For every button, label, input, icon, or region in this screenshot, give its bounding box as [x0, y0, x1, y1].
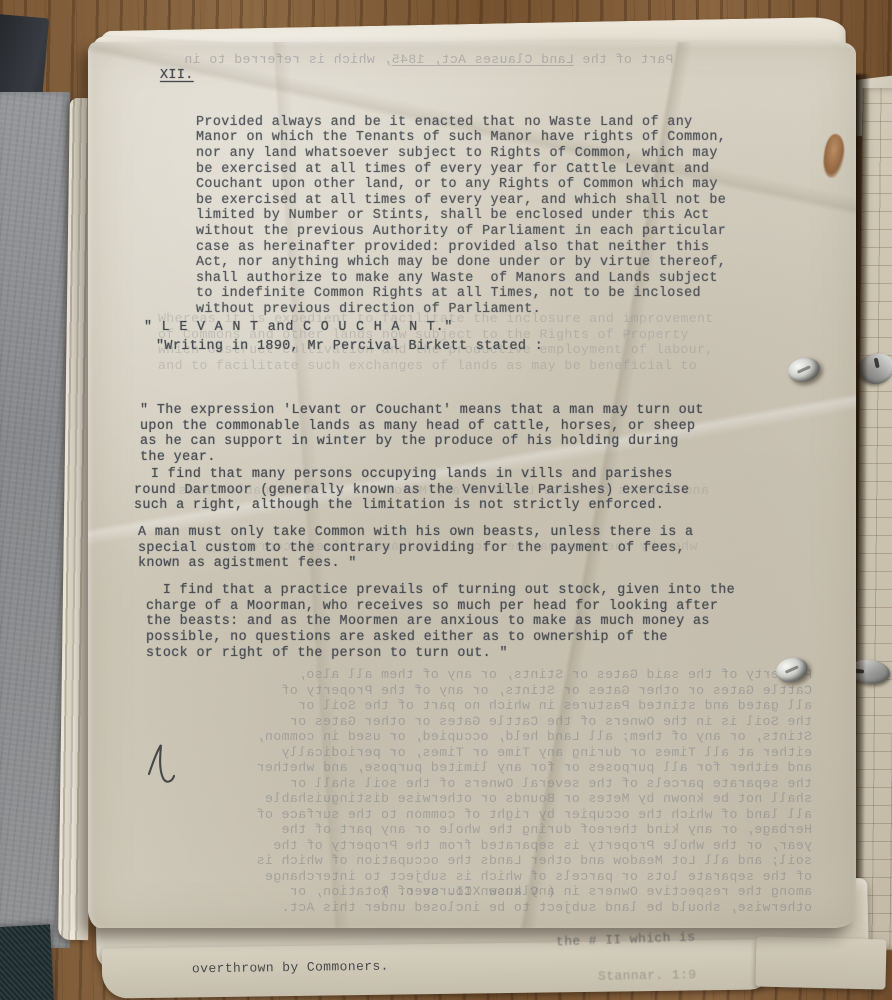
ghost-line: Stints, or any of them; all Land held, o…: [122, 729, 812, 745]
typed-line: upon the commonable lands as many head o…: [140, 419, 704, 435]
split-pin-fastener-top: [785, 354, 822, 386]
binder-fabric-corner: [0, 925, 54, 1000]
ghost-line: Cattle Gates or other Gates or Stints, o…: [122, 683, 812, 699]
show-through-clause-xi-block: Property of the said Gates or Stints, or…: [122, 636, 812, 946]
typed-line: I find that a practice prevails of turni…: [146, 583, 735, 599]
typed-line: I find that many persons occupying lands…: [134, 467, 689, 483]
ghost-line: otherwise, should be land subject to be …: [122, 900, 812, 916]
show-through-text: , which is referred to in: [184, 52, 391, 67]
ghost-line: shall not be known by Metes or Bounds or…: [122, 791, 812, 807]
typed-line: Couchant upon other land, or to any Righ…: [196, 177, 726, 193]
typed-line: case as hereinafter provided: provided a…: [196, 240, 726, 256]
clause-number: XII.: [160, 68, 194, 84]
typed-line: Manor on which the Tenants of such Manor…: [196, 130, 726, 146]
ghost-line: of the separate lots or parcels of which…: [122, 869, 812, 885]
ghost-line: Property of the said Gates or Stints, or…: [122, 667, 812, 683]
typed-line: " The expression 'Levant or Couchant' me…: [140, 403, 704, 419]
typed-line: limited by Number or Stints, shall be en…: [196, 208, 726, 224]
check-mark-stroke: [146, 742, 180, 786]
typed-line: charge of a Moorman, who receives so muc…: [146, 599, 735, 615]
ghost-line: Herbage, or any kind thereof during the …: [122, 822, 812, 838]
typed-line: the beasts: and as the Moormen are anxio…: [146, 614, 735, 630]
attribution-line: "Writing in 1890, Mr Percival Birkett st…: [156, 339, 543, 355]
typed-line: without the previous Authority of Parlia…: [196, 224, 726, 240]
typed-manuscript-page: Part of the Land Clauses Act, 1845, whic…: [88, 42, 856, 928]
fastener-slot: [874, 358, 880, 369]
ghost-line: either at all Times or during any Time o…: [122, 745, 812, 761]
typed-line: be exercised at all times of every year,…: [196, 193, 726, 209]
ghost-line: the separate parcels of the several Owne…: [122, 776, 812, 792]
show-through-top-line: Part of the Land Clauses Act, 1845, whic…: [184, 52, 673, 68]
show-through-over-note: ( Clause XII. over. ): [148, 884, 788, 900]
show-through-lines: Property of the said Gates or Stints, or…: [122, 667, 812, 915]
show-through-underlined-text: Land Clauses Act, 1845: [391, 52, 573, 67]
ghost-line: and either for all purposes or for any l…: [122, 760, 812, 776]
typed-line: Provided always and be it enacted that n…: [196, 115, 726, 131]
handwritten-check-mark: [146, 742, 180, 786]
ghost-line: soil; and all Lot Meadow and other Lands…: [122, 853, 812, 869]
beneath-page-text: overthrown by Commoners.: [192, 959, 389, 977]
show-through-text: Part of the: [574, 52, 674, 67]
photo-of-typed-manuscript-page: Part of the Land Clauses Act, 1845, whic…: [0, 0, 892, 1000]
ghost-line: the Soil is in the Owners of the Cattle …: [122, 714, 812, 730]
ghost-line: all land of which the occupier by right …: [122, 807, 812, 823]
faint-text-fragment: Stannar. 1:9: [598, 967, 697, 984]
typed-line: be exercised at all times of every year …: [196, 162, 726, 178]
ghost-line: and to facilitate such exchanges of land…: [158, 358, 714, 374]
ghost-line: all gated and stinted Pastures in which …: [122, 698, 812, 714]
rust-stain: [821, 133, 847, 179]
section-heading: " L E V A N T and C O U C H A N T.": [144, 320, 453, 336]
ghost-line: year, or the whole Property is separated…: [122, 838, 812, 854]
typed-line: Act, nor anything which may be done unde…: [196, 255, 726, 271]
typed-line: nor any land whatsoever subject to Right…: [196, 146, 726, 162]
